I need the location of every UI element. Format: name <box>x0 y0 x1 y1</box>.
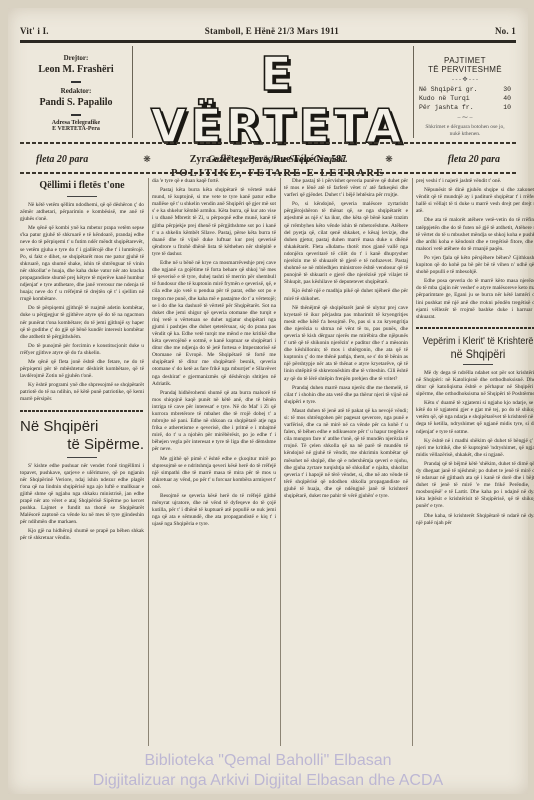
article-paragraph: Ky është në i madhi shëkim që duhet të b… <box>416 438 534 459</box>
price-row: Kudo në Turqi 40 <box>414 94 516 103</box>
director-name: Leon M. Frashëri <box>20 64 132 75</box>
masthead: Drejtor: Leon M. Frashëri Redaktor: Pand… <box>20 46 516 138</box>
article-paragraph: Edhe në u bënë në krye ca mosmarrëveshje… <box>152 260 276 388</box>
issue-number: No. 1 <box>495 26 516 40</box>
folio-line: Vit' i I. Stamboll, E Hënë 21/3 Mars 191… <box>20 26 516 40</box>
article-paragraph: Prandaj duhen marrë masa njerëz dhe me t… <box>284 385 408 406</box>
price-row: Për jashta fr. 10 <box>414 103 516 112</box>
article-paragraph: Po vjen fjala që këto përsjëhere bëhen? … <box>416 255 534 276</box>
article-columns: Qëllimi i fletës t'one Në këtë vetëm qël… <box>20 178 516 746</box>
price-right: fleta 20 para <box>432 154 516 165</box>
article-paragraph: Ky është programi ynë dhe shpresojmë se … <box>20 382 144 403</box>
article-paragraph: Do të përpiqemi gjithnjë të ruajmë adeti… <box>20 305 144 340</box>
article-paragraph: Më dy dega të ndrëlla ndahet sot për sot… <box>416 370 534 398</box>
infobar-rule <box>20 172 516 174</box>
article-heading: të Sipërme. <box>20 436 144 454</box>
ornament-icon: ❋ <box>143 154 151 165</box>
column-3: Dhe pastaj të i përvishet qeveria punëve… <box>284 178 408 746</box>
price-left: fleta 20 para <box>20 154 104 165</box>
article-paragraph: Kjo është një e madhja pikë që duhet një… <box>284 288 408 302</box>
staff-box: Drejtor: Leon M. Frashëri Redaktor: Pand… <box>20 46 133 138</box>
dateline: Stamboll, E Hënë 21/3 Mars 1911 <box>205 26 339 40</box>
column-1: Qëllimi i fletës t'one Në këtë vetëm qël… <box>20 178 144 746</box>
article-paragraph: Dhe ata të malorët atëhere vetë-vetin do… <box>416 217 534 252</box>
article-paragraph: Masat duhen të jenë atë të pakat që ka n… <box>284 408 408 500</box>
ornament-icon: – ⁓ – <box>414 114 516 121</box>
column-2: dia 'e tyre që e duan kaqë fortë. Pastaj… <box>152 178 276 746</box>
ornament-icon: - - - ✥ - - - <box>414 76 516 83</box>
divider <box>67 196 97 197</box>
article-paragraph: dia 'e tyre që e duan kaqë fortë. <box>152 178 276 185</box>
subscription-box: PAJTIMET TË PERVITESHMË - - - ✥ - - - Në… <box>413 46 516 138</box>
subscription-subheading: TË PERVITESHMË <box>414 65 516 74</box>
article-heading: në Shqipëri <box>422 348 534 361</box>
volume-label: Vit' i I. <box>20 26 49 40</box>
library-watermark: Biblioteka "Qemal Baholli" Elbasan <box>8 752 528 770</box>
article-paragraph: prej veshi t' i najerë jashtë vëndit t' … <box>416 178 534 185</box>
editor-label: Redaktor: <box>20 87 132 95</box>
price-row: Në Shqipëri gr. 30 <box>414 85 516 94</box>
article-paragraph: Prandaj hidhërohemi shumë që ata burra m… <box>152 390 276 454</box>
article-paragraph: Në thënëjmë që shqipëtarët janë të ulytu… <box>284 305 408 383</box>
ornament-icon: ❋ <box>385 154 393 165</box>
info-bar: fleta 20 para ❋ Zyra e flëtes: Pera, Rue… <box>20 150 516 168</box>
section-rule <box>20 410 144 412</box>
article-paragraph: Edhe posa qeveria do të marrë këto masa … <box>416 278 534 321</box>
nameplate: E VËRTETA Gazet' e perjavëshme Shqip-Gre… <box>133 46 423 138</box>
divider <box>463 364 493 365</box>
folio-rule <box>20 40 516 43</box>
article-paragraph: Në këtë vetëm qëllim ndodhemi, që që dës… <box>20 202 144 223</box>
subscription-heading: PAJTIMET <box>414 56 516 65</box>
divider <box>67 457 97 458</box>
telegraph-address: E VERTETA-Pera <box>20 126 132 132</box>
article-paragraph: Do të punojmë për forcimin e konstitucjo… <box>20 343 144 357</box>
masthead-rule <box>20 142 516 144</box>
article-paragraph: Nëpunësit të dinë gjuhën shqipe si dhe z… <box>416 187 534 215</box>
article-paragraph: Me qënë që fleta jonë është dhe fetare, … <box>20 359 144 380</box>
article-paragraph: Besojmë se qeveria kësë herë do të rrëfe… <box>152 493 276 528</box>
article-paragraph: Me qënë që kombi ynë ka mbetur prapa vet… <box>20 225 144 303</box>
divider <box>71 114 81 116</box>
editor-name: Pandi S. Papalilo <box>20 97 132 108</box>
submission-note: Shkrimet e dërguara botohen ose jo, nukë… <box>414 124 516 138</box>
section-rule <box>416 327 534 329</box>
article-paragraph: Këtu s' duamë të xgjatemi si ngjaho kjo … <box>416 400 534 435</box>
divider <box>71 81 81 83</box>
newspaper-title: E VËRTETA <box>133 48 423 152</box>
director-label: Drejtor: <box>20 54 132 62</box>
article-heading: Qëllimi i fletës t'one <box>20 180 144 192</box>
article-paragraph: Po, si këndojnë, qeveria malësore zyrtar… <box>284 201 408 286</box>
office-address: Zyra e flëtes: Pera, Rue Téké No 587 <box>190 154 346 165</box>
article-paragraph: Kjo gjë na hidhëroji shumë se prapë pa b… <box>20 528 144 542</box>
article-paragraph: Me gjithë që pimë s' është edhe e çkoqit… <box>152 456 276 491</box>
archive-watermark: Digjitalizuar nga Arkivi Digjital Elbasa… <box>8 772 528 790</box>
article-paragraph: S' kishte edhe pushuar nër vendet t'onë … <box>20 463 144 527</box>
article-paragraph: Dhe kaha, të krishterët Shqipëtarë të nd… <box>416 513 534 527</box>
article-paragraph: Dhe pastaj të i përvishet qeveria punëve… <box>284 178 408 199</box>
column-4: prej veshi t' i najerë jashtë vëndit t' … <box>416 178 534 746</box>
article-paragraph: Prandaj që të bëjmë këtë 'shëkim, duhet … <box>416 461 534 511</box>
newspaper-page: Vit' i I. Stamboll, E Hënë 21/3 Mars 191… <box>8 8 528 794</box>
article-heading: Në Shqipëri <box>20 418 144 436</box>
article-paragraph: Pastaj këta burra këta shqipëtarë të vër… <box>152 187 276 258</box>
